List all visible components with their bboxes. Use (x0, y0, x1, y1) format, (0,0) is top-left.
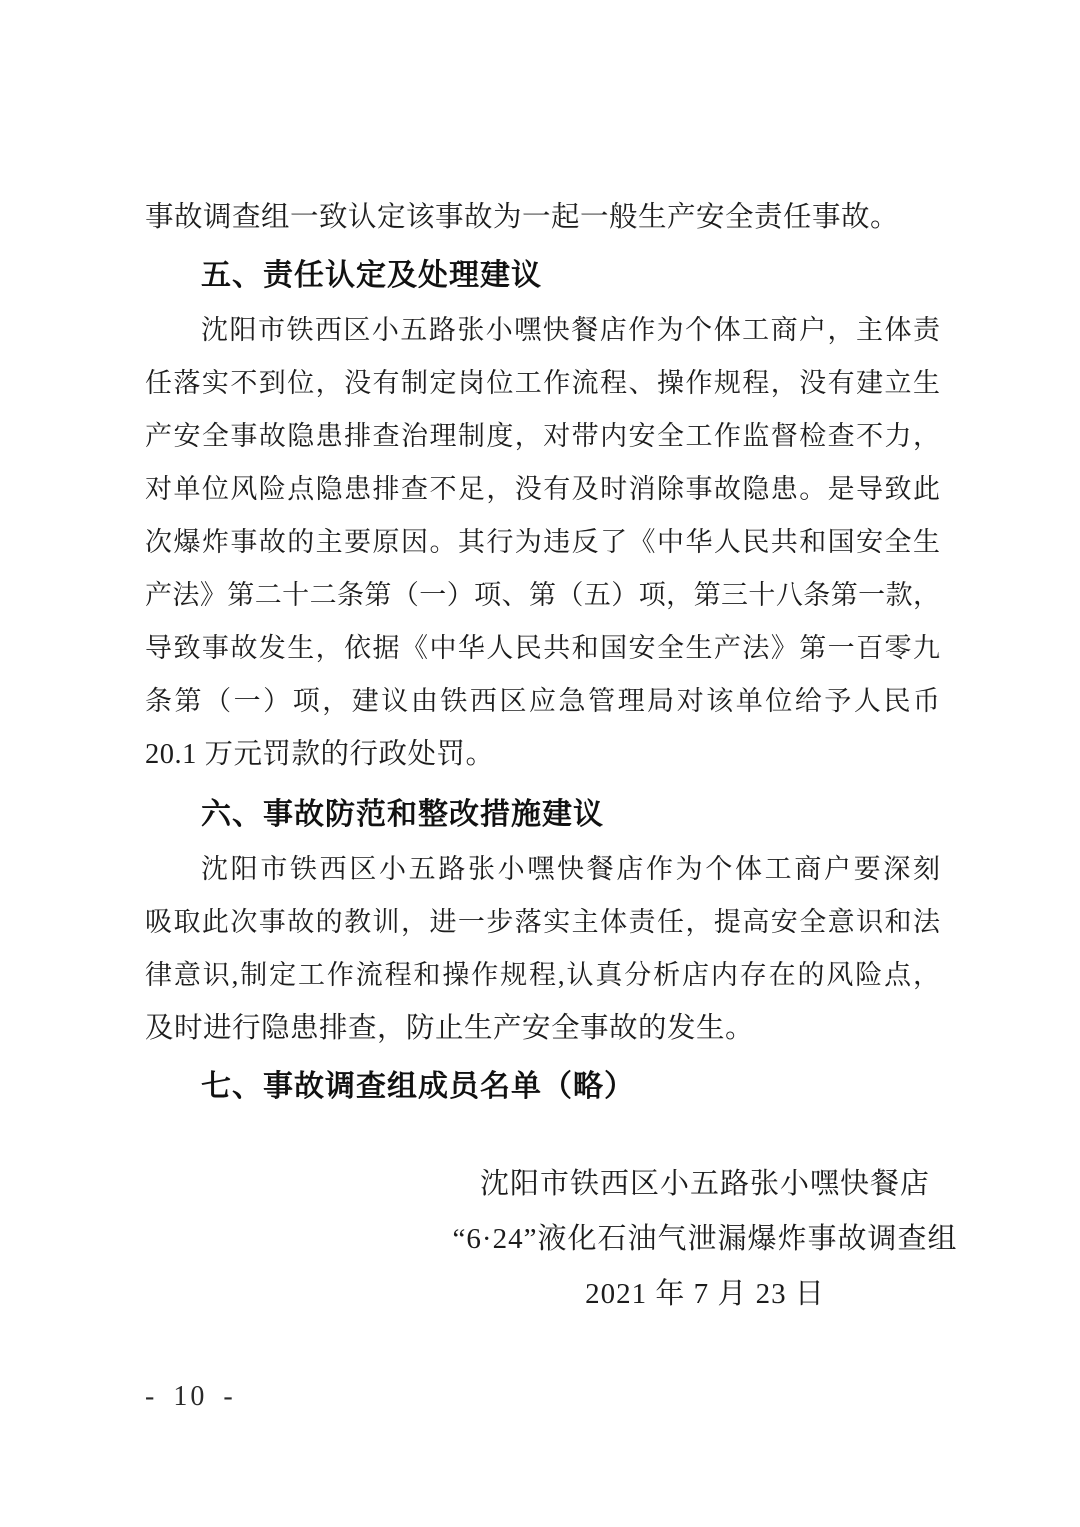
blank-space (145, 1115, 940, 1157)
section-5-line: 沈阳市铁西区小五路张小嘿快餐店作为个体工商户，主体责 (145, 304, 940, 357)
section-5-line: 产法》第二十二条第（一）项、第（五）项，第三十八条第一款， (145, 569, 940, 622)
section-6-line: 律意识,制定工作流程和操作规程,认真分析店内存在的风险点， (145, 949, 940, 1002)
paragraph-continuation-line: 事故调查组一致认定该事故为一起一般生产安全责任事故。 (145, 191, 940, 244)
signature-date: 2021 年 7 月 23 日 (425, 1267, 985, 1322)
signature-organization-line: 沈阳市铁西区小五路张小嘿快餐店 (425, 1157, 985, 1212)
signature-block: 沈阳市铁西区小五路张小嘿快餐店 “6·24”液化石油气泄漏爆炸事故调查组 202… (425, 1157, 985, 1322)
section-5-line: 次爆炸事故的主要原因。其行为违反了《中华人民共和国安全生 (145, 516, 940, 569)
section-6-line: 吸取此次事故的教训，进一步落实主体责任，提高安全意识和法 (145, 896, 940, 949)
section-7-heading: 七、事故调查组成员名单（略） (145, 1059, 940, 1115)
section-5-line: 对单位风险点隐患排查不足，没有及时消除事故隐患。是导致此 (145, 463, 940, 516)
section-5-line: 条第（一）项，建议由铁西区应急管理局对该单位给予人民币 (145, 675, 940, 728)
section-5-line: 导致事故发生，依据《中华人民共和国安全生产法》第一百零九 (145, 622, 940, 675)
page-number: - 10 - (145, 1379, 236, 1415)
document-body: 事故调查组一致认定该事故为一起一般生产安全责任事故。 五、责任认定及处理建议 沈… (145, 191, 940, 1322)
section-5-line: 任落实不到位，没有制定岗位工作流程、操作规程，没有建立生 (145, 357, 940, 410)
section-6-heading: 六、事故防范和整改措施建议 (145, 787, 940, 843)
document-page: 事故调查组一致认定该事故为一起一般生产安全责任事故。 五、责任认定及处理建议 沈… (0, 0, 1080, 1527)
section-6-line: 及时进行隐患排查，防止生产安全事故的发生。 (145, 1002, 940, 1055)
signature-investigation-team-line: “6·24”液化石油气泄漏爆炸事故调查组 (425, 1212, 985, 1267)
section-5-line: 产安全事故隐患排查治理制度，对带内安全工作监督检查不力， (145, 410, 940, 463)
section-6-line: 沈阳市铁西区小五路张小嘿快餐店作为个体工商户要深刻 (145, 843, 940, 896)
section-5-heading: 五、责任认定及处理建议 (145, 248, 940, 304)
section-5-line: 20.1 万元罚款的行政处罚。 (145, 728, 940, 781)
